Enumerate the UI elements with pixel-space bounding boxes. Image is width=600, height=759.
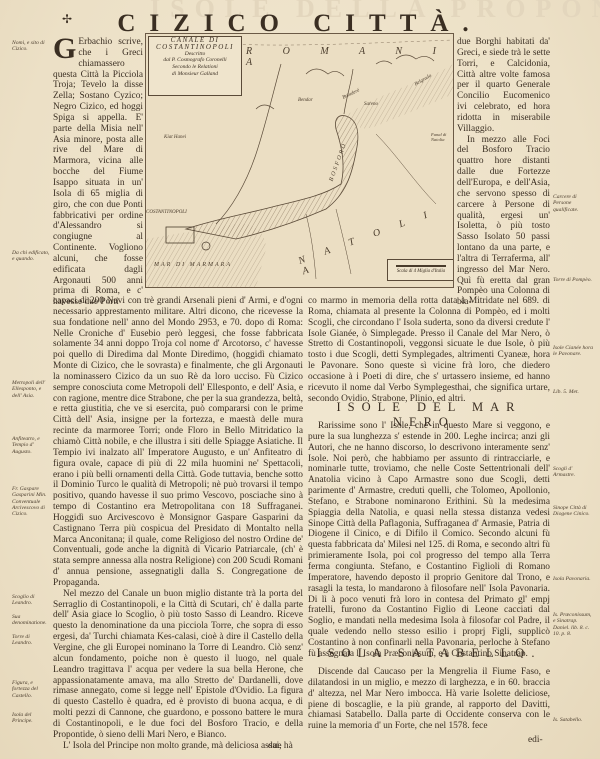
margin-note-right: Isole Cianée hora le Pavonare. xyxy=(553,345,595,358)
map-label-mar-marmara: MAR DI MARMARA xyxy=(154,262,232,268)
cartouche-line-6: di Monsieur Galland xyxy=(149,71,241,78)
margin-note-right: Lib. 5. Met. xyxy=(553,389,595,395)
section-heading-isola-satabello: ISOLA SATABELLO. xyxy=(308,646,550,661)
right-column-main: co marmo in memoria della rotta data à M… xyxy=(308,296,550,404)
map-label-costantinopoli: COSTANTINOPOLI xyxy=(146,210,187,215)
margin-note-right: Isola Pavonaria. xyxy=(553,576,595,582)
map-cartouche: CANALE DI COSTANTINOPOLI Descritto dal P… xyxy=(148,36,242,96)
scale-bar xyxy=(396,265,446,267)
left-column-paragraph-2: Nel mezzo del Canale un buon miglio dist… xyxy=(53,589,303,741)
map-canale-costantinopoli: CANALE DI COSTANTINOPOLI Descritto dal P… xyxy=(145,33,454,288)
left-column-main: capaci di 200 Navi con trè grandi Arsena… xyxy=(53,296,303,751)
margin-note-right: Is. Præconissum, e Sinatrap. Daniel. lib… xyxy=(553,612,595,637)
scale-label: Scala di 4 Miglia d'Italia xyxy=(388,269,454,274)
drop-cap: G xyxy=(53,37,76,61)
section-isole-mar-nero: Rarissime sono l' Isole, che in questo M… xyxy=(308,421,550,660)
margin-note-right: Scogli d' Armastre. xyxy=(553,466,595,479)
margin-note-left: Scoglio di Leandro. xyxy=(12,594,50,607)
left-column-main-text: capaci di 200 Navi con trè grandi Arsena… xyxy=(53,296,303,589)
margin-note-left: Nomi, e sito di Cizico. xyxy=(12,40,50,53)
margin-note-right: Torre di Pompèo. xyxy=(553,277,595,283)
right-column-top-text: due Borghi habitati da' Greci, e siede t… xyxy=(457,37,550,135)
left-catchword: due xyxy=(268,741,282,751)
left-column-top: G Erbachio scrive, che i Greci chiamasse… xyxy=(53,37,143,308)
map-scale: Scala di 4 Miglia d'Italia xyxy=(387,259,454,281)
cartouche-line-4: dal P. Cosmografo Coronelli xyxy=(149,57,241,64)
map-place-sareno: Sareno xyxy=(364,102,378,107)
left-column-top-text: Erbachio scrive, che i Greci chiamassero… xyxy=(53,37,143,308)
map-place-bendar: Bendar xyxy=(298,98,313,103)
margin-note-left: Fr. Gaspare Gasparini Min. Conventuale A… xyxy=(12,486,50,517)
section-isole-mar-nero-text: Rarissime sono l' Isole, che in questo M… xyxy=(308,421,550,660)
document-page: ISOLE DELLA PROPONTIDE. ✢ CIZICO CITTÀ. … xyxy=(0,0,600,759)
margin-note-right: Is. Satabello. xyxy=(553,717,595,723)
cartouche-title-2: COSTANTINOPOLI xyxy=(149,44,241,51)
margin-note-left: Torre di Leandro. xyxy=(12,634,50,647)
section-isola-satabello: Discende dal Caucaso per la Mengrelia il… xyxy=(308,667,550,732)
margin-note-left: Da chi edificato, e quando. xyxy=(12,250,50,263)
map-place-kiat-hanei: Kiat Hanei xyxy=(164,135,186,140)
margin-note-left: Figura, e fortezza del Castello. xyxy=(12,680,50,699)
right-column-top: due Borghi habitati da' Greci, e siede t… xyxy=(457,37,550,308)
map-label-romania: R O M A N I A xyxy=(246,46,453,68)
cartouche-line-5: Secondo le Relationi xyxy=(149,64,241,71)
margin-note-right: Carcere di Persone qualificate. xyxy=(553,194,595,213)
left-column-paragraph-3: L' Isola del Principe non molto grande, … xyxy=(53,741,303,752)
margin-note-right: Sinope Città di Diogene Cinico. xyxy=(553,505,595,518)
section-isola-satabello-text: Discende dal Caucaso per la Mengrelia il… xyxy=(308,667,550,732)
right-column-top-paragraph-2: In mezzo alle Foci del Bosforo Tracio qu… xyxy=(457,135,550,309)
margin-note-left: Isola del Principe. xyxy=(12,712,50,725)
map-place-fanal-natolia: Fanal di Natolia xyxy=(431,132,453,142)
margin-note-left: Sua denominatione. xyxy=(12,614,50,627)
right-column-main-text: co marmo in memoria della rotta data à M… xyxy=(308,296,550,404)
margin-note-left: Anfiteatro, e Tempio d' Augusto. xyxy=(12,436,50,455)
right-catchword: edi- xyxy=(528,735,543,745)
margin-note-left: Metropoli dell' Ellesponto, e dell' Asia… xyxy=(12,380,50,399)
